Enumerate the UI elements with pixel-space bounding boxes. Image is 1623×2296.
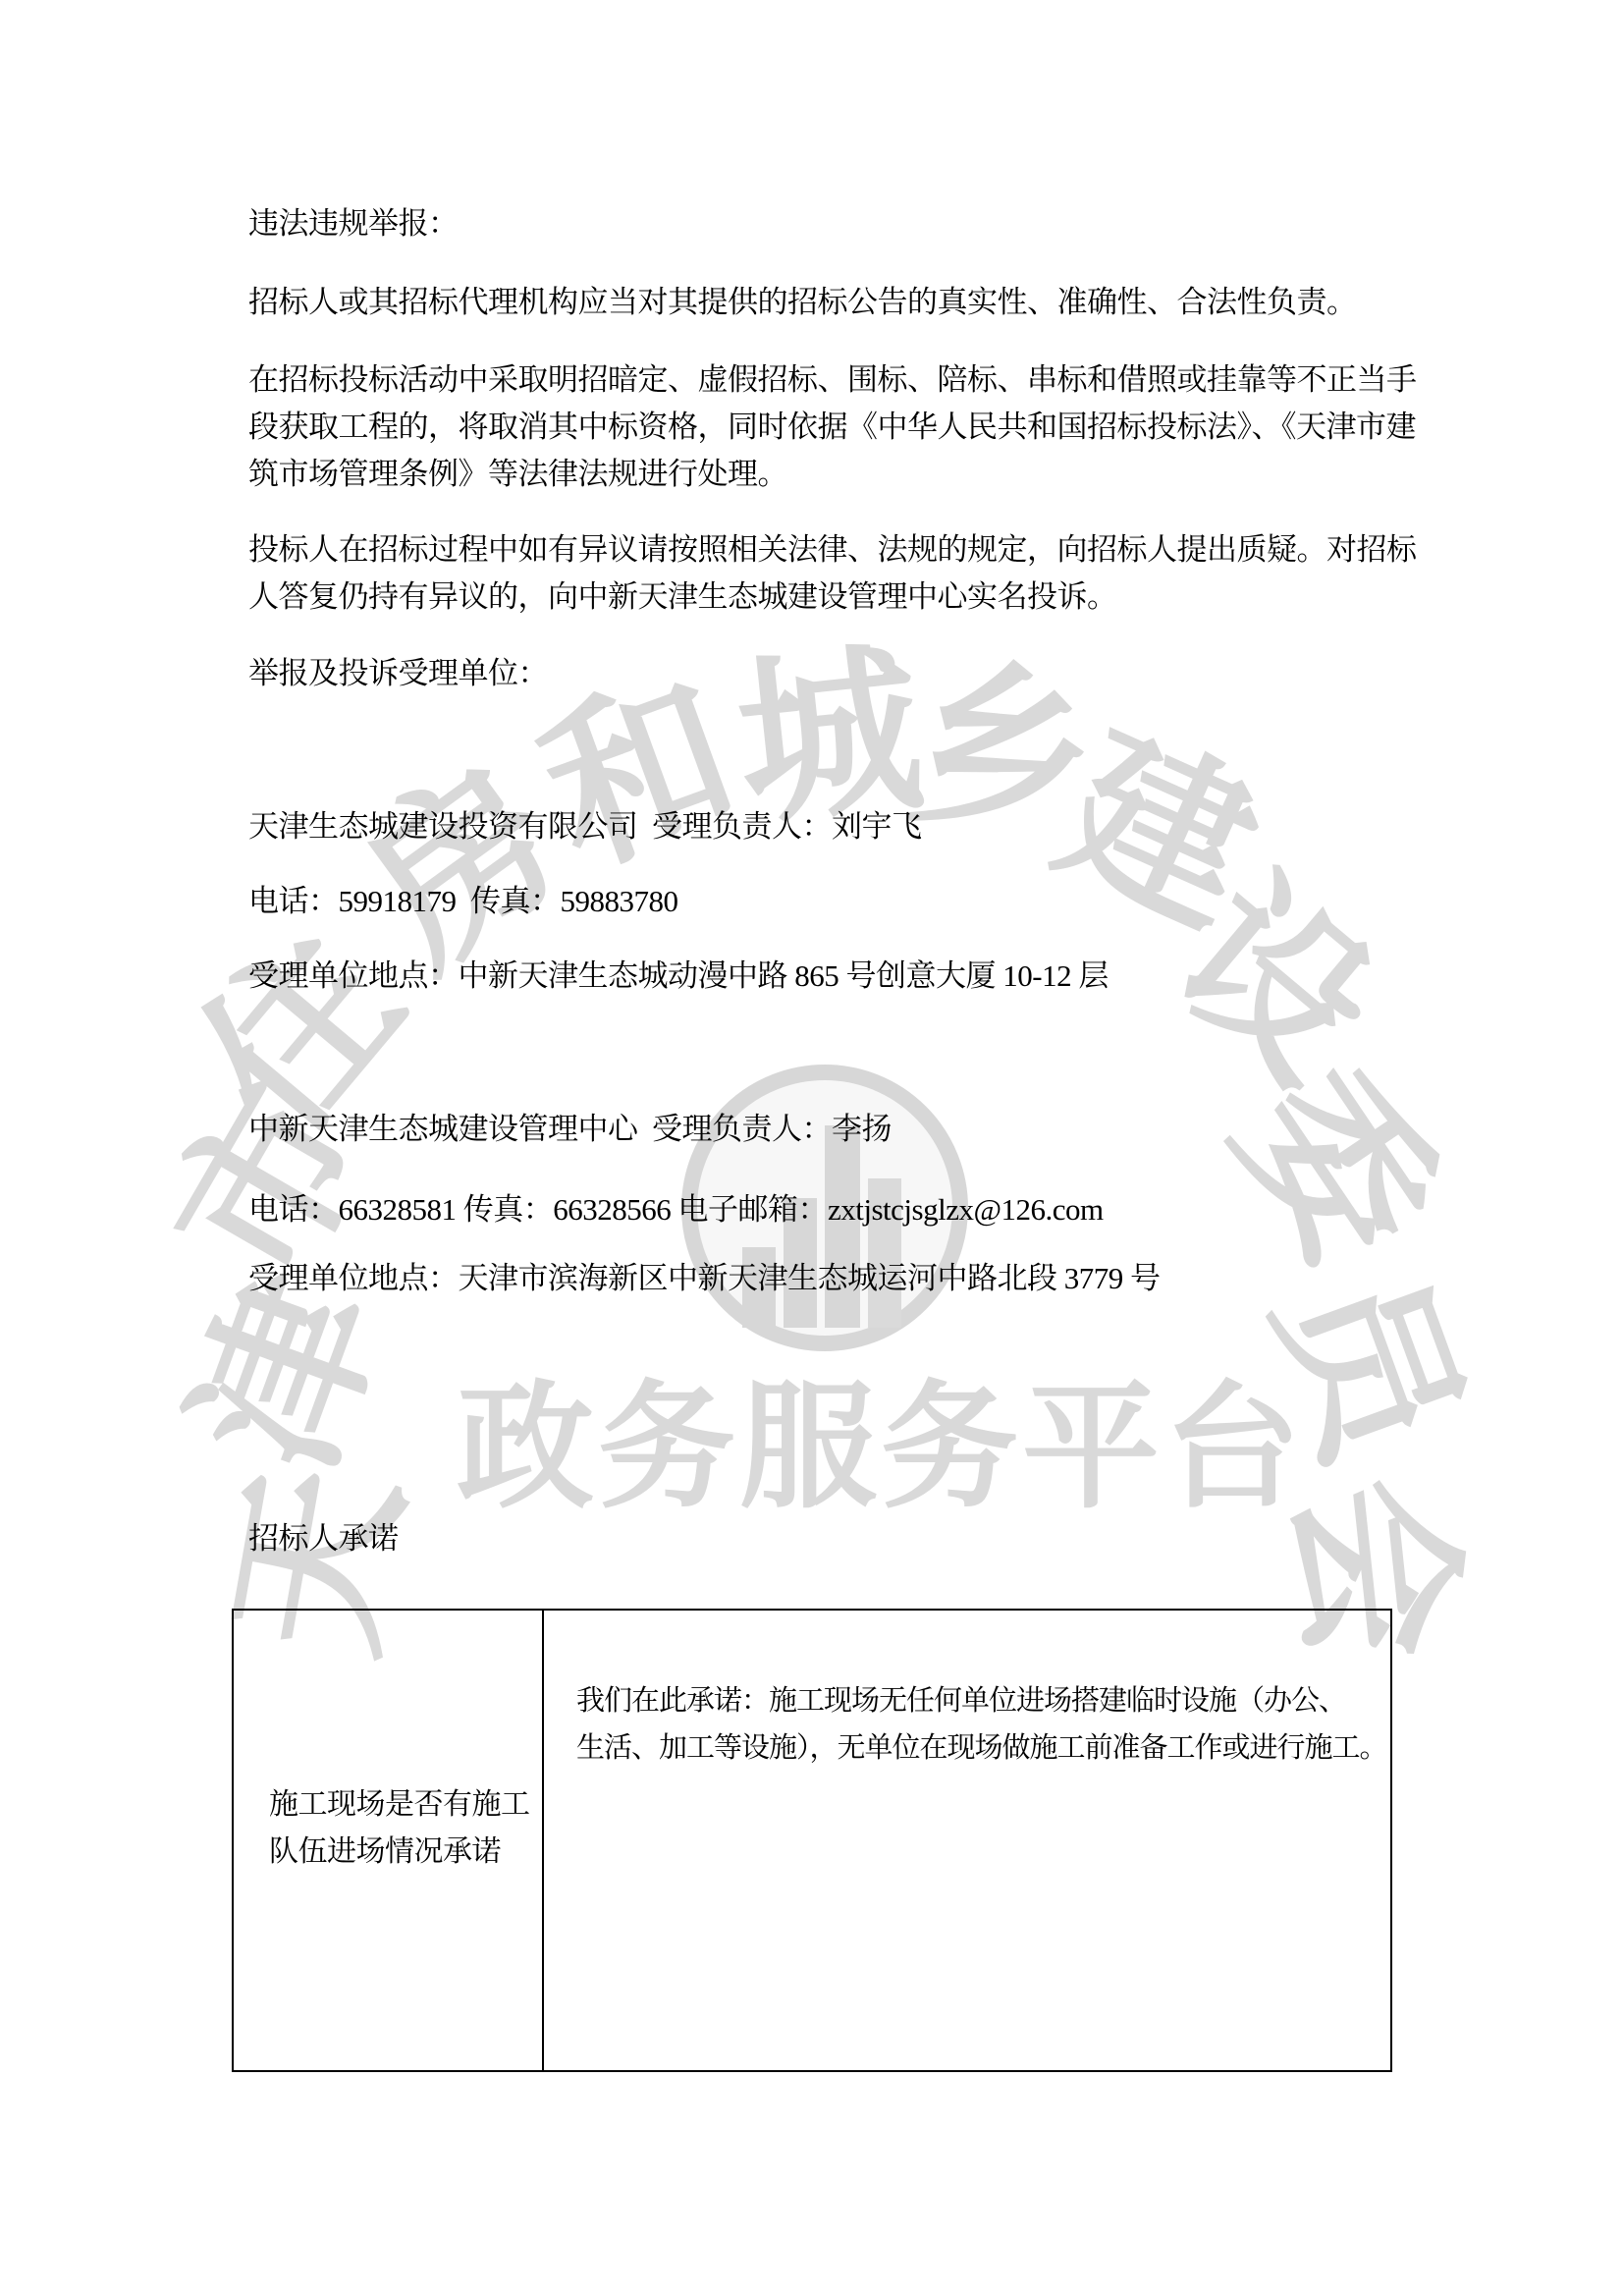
commitment-table: 施工现场是否有施工 队伍进场情况承诺 我们在此承诺：施工现场无任何单位进场搭建临…	[232, 1609, 1392, 2072]
table-left-cell-line: 施工现场是否有施工	[269, 1787, 530, 1823]
watermark-platform-text: 政务服务平台	[457, 1379, 1305, 1516]
table-right-cell-line: 生活、加工等设施），无单位在现场做施工前准备工作或进行施工。	[576, 1730, 1387, 1766]
line-unit1-phone-fax: 电话：59918179 传真：59883780	[248, 884, 678, 919]
line-objection-1: 投标人在招标过程中如有异议请按照相关法律、法规的规定，向招标人提出质疑。对招标	[248, 532, 1417, 568]
table-right-cell-line: 我们在此承诺：施工现场无任何单位进场搭建临时设施（办公、	[576, 1683, 1346, 1719]
watermark-arc-char: 建	[1039, 713, 1278, 953]
line-unit1-address: 受理单位地点：中新天津生态城动漫中路 865 号创意大厦 10-12 层	[248, 958, 1109, 994]
line-violation-1: 在招标投标活动中采取明招暗定、虚假招标、围标、陪标、串标和借照或挂靠等不正当手	[248, 362, 1417, 398]
line-report-heading: 违法违规举报：	[248, 206, 459, 242]
table-column-divider	[542, 1611, 544, 2070]
line-responsibility: 招标人或其招标代理机构应当对其提供的招标公告的真实性、准确性、合法性负责。	[248, 285, 1357, 320]
line-unit2-phone-fax-email: 电话：66328581 传真：66328566 电子邮箱：zxtjstcjsgl…	[248, 1192, 1104, 1228]
watermark-arc-char: 房	[337, 739, 590, 993]
line-objection-2: 人答复仍持有异议的，向中新天津生态城建设管理中心实名投诉。	[248, 579, 1117, 615]
line-unit2-address: 受理单位地点：天津市滨海新区中新天津生态城运河中路北段 3779 号	[248, 1261, 1161, 1296]
table-left-cell-line: 队伍进场情况承诺	[269, 1834, 501, 1870]
line-unit2-name-contact: 中新天津生态城建设管理中心 受理负责人：李扬	[248, 1112, 892, 1147]
line-unit1-name-contact: 天津生态城建设投资有限公司 受理负责人：刘宇飞	[248, 809, 922, 845]
line-bidder-commitment-heading: 招标人承诺	[248, 1521, 399, 1557]
document-page: 天 津 市 住 房 和 城 乡 建 设 委 员 会 政务服务平台 违法违规举报：…	[0, 0, 1623, 2296]
watermark-arc-char: 员	[1250, 1248, 1483, 1481]
watermark-arc-char: 乡	[899, 652, 1105, 857]
watermark-arc-char: 设	[1147, 854, 1403, 1111]
watermark-arc-char: 和	[523, 657, 756, 890]
line-violation-2: 段获取工程的，将取消其中标资格，同时依据《中华人民共和国招标投标法》、《天津市建	[248, 410, 1416, 445]
line-accepting-units-heading: 举报及投诉受理单位：	[248, 656, 548, 691]
line-violation-3: 筑市场管理条例》等法律法规进行处理。	[248, 457, 787, 492]
watermark-arc-char: 委	[1210, 1041, 1462, 1293]
